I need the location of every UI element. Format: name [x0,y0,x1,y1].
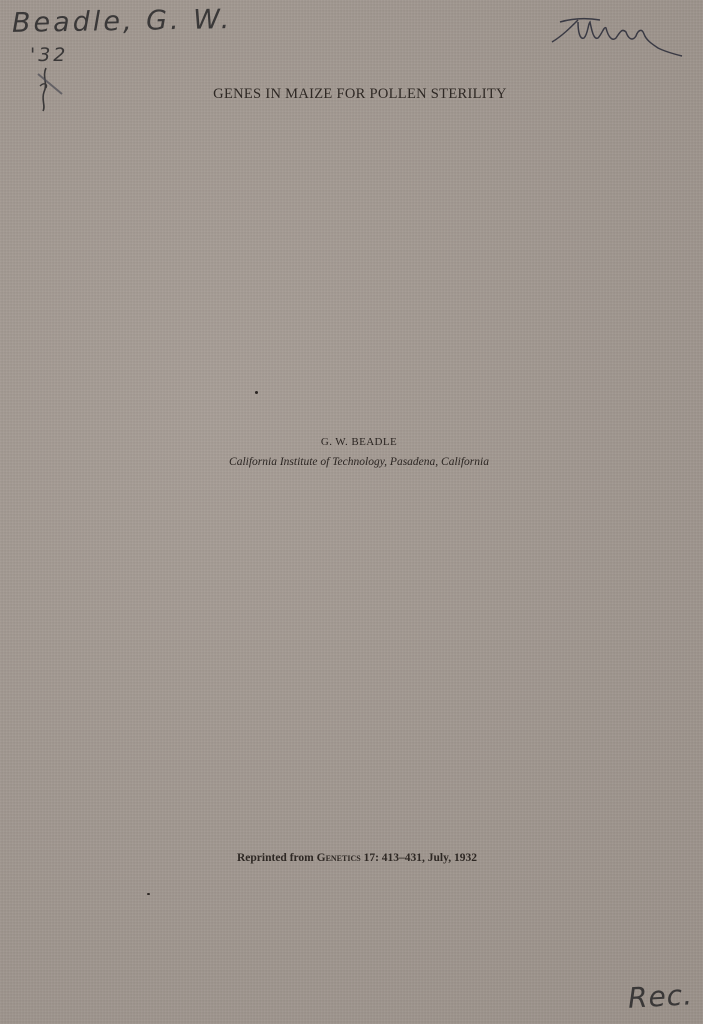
reprint-prefix: Reprinted from [237,852,314,864]
handwritten-year-note: '32 [30,44,68,66]
document-title: GENES IN MAIZE FOR POLLEN STERILITY [0,86,703,103]
document-cover: Beadle, G. W. '32 GENES IN MAIZE FOR POL… [0,0,703,1024]
handwritten-corner-note: Rec. [627,978,694,1014]
paper-speck [255,391,258,394]
journal-name: Genetics [317,852,361,864]
handwritten-signature [548,8,688,63]
citation-details: 17: 413–431, July, 1932 [364,852,477,864]
reprint-citation: Reprinted from Genetics 17: 413–431, Jul… [0,852,703,864]
author-affiliation: California Institute of Technology, Pasa… [0,456,703,468]
handwritten-author-note: Beadle, G. W. [12,4,233,39]
author-name: G. W. BEADLE [0,436,703,448]
paper-speck [147,893,150,895]
